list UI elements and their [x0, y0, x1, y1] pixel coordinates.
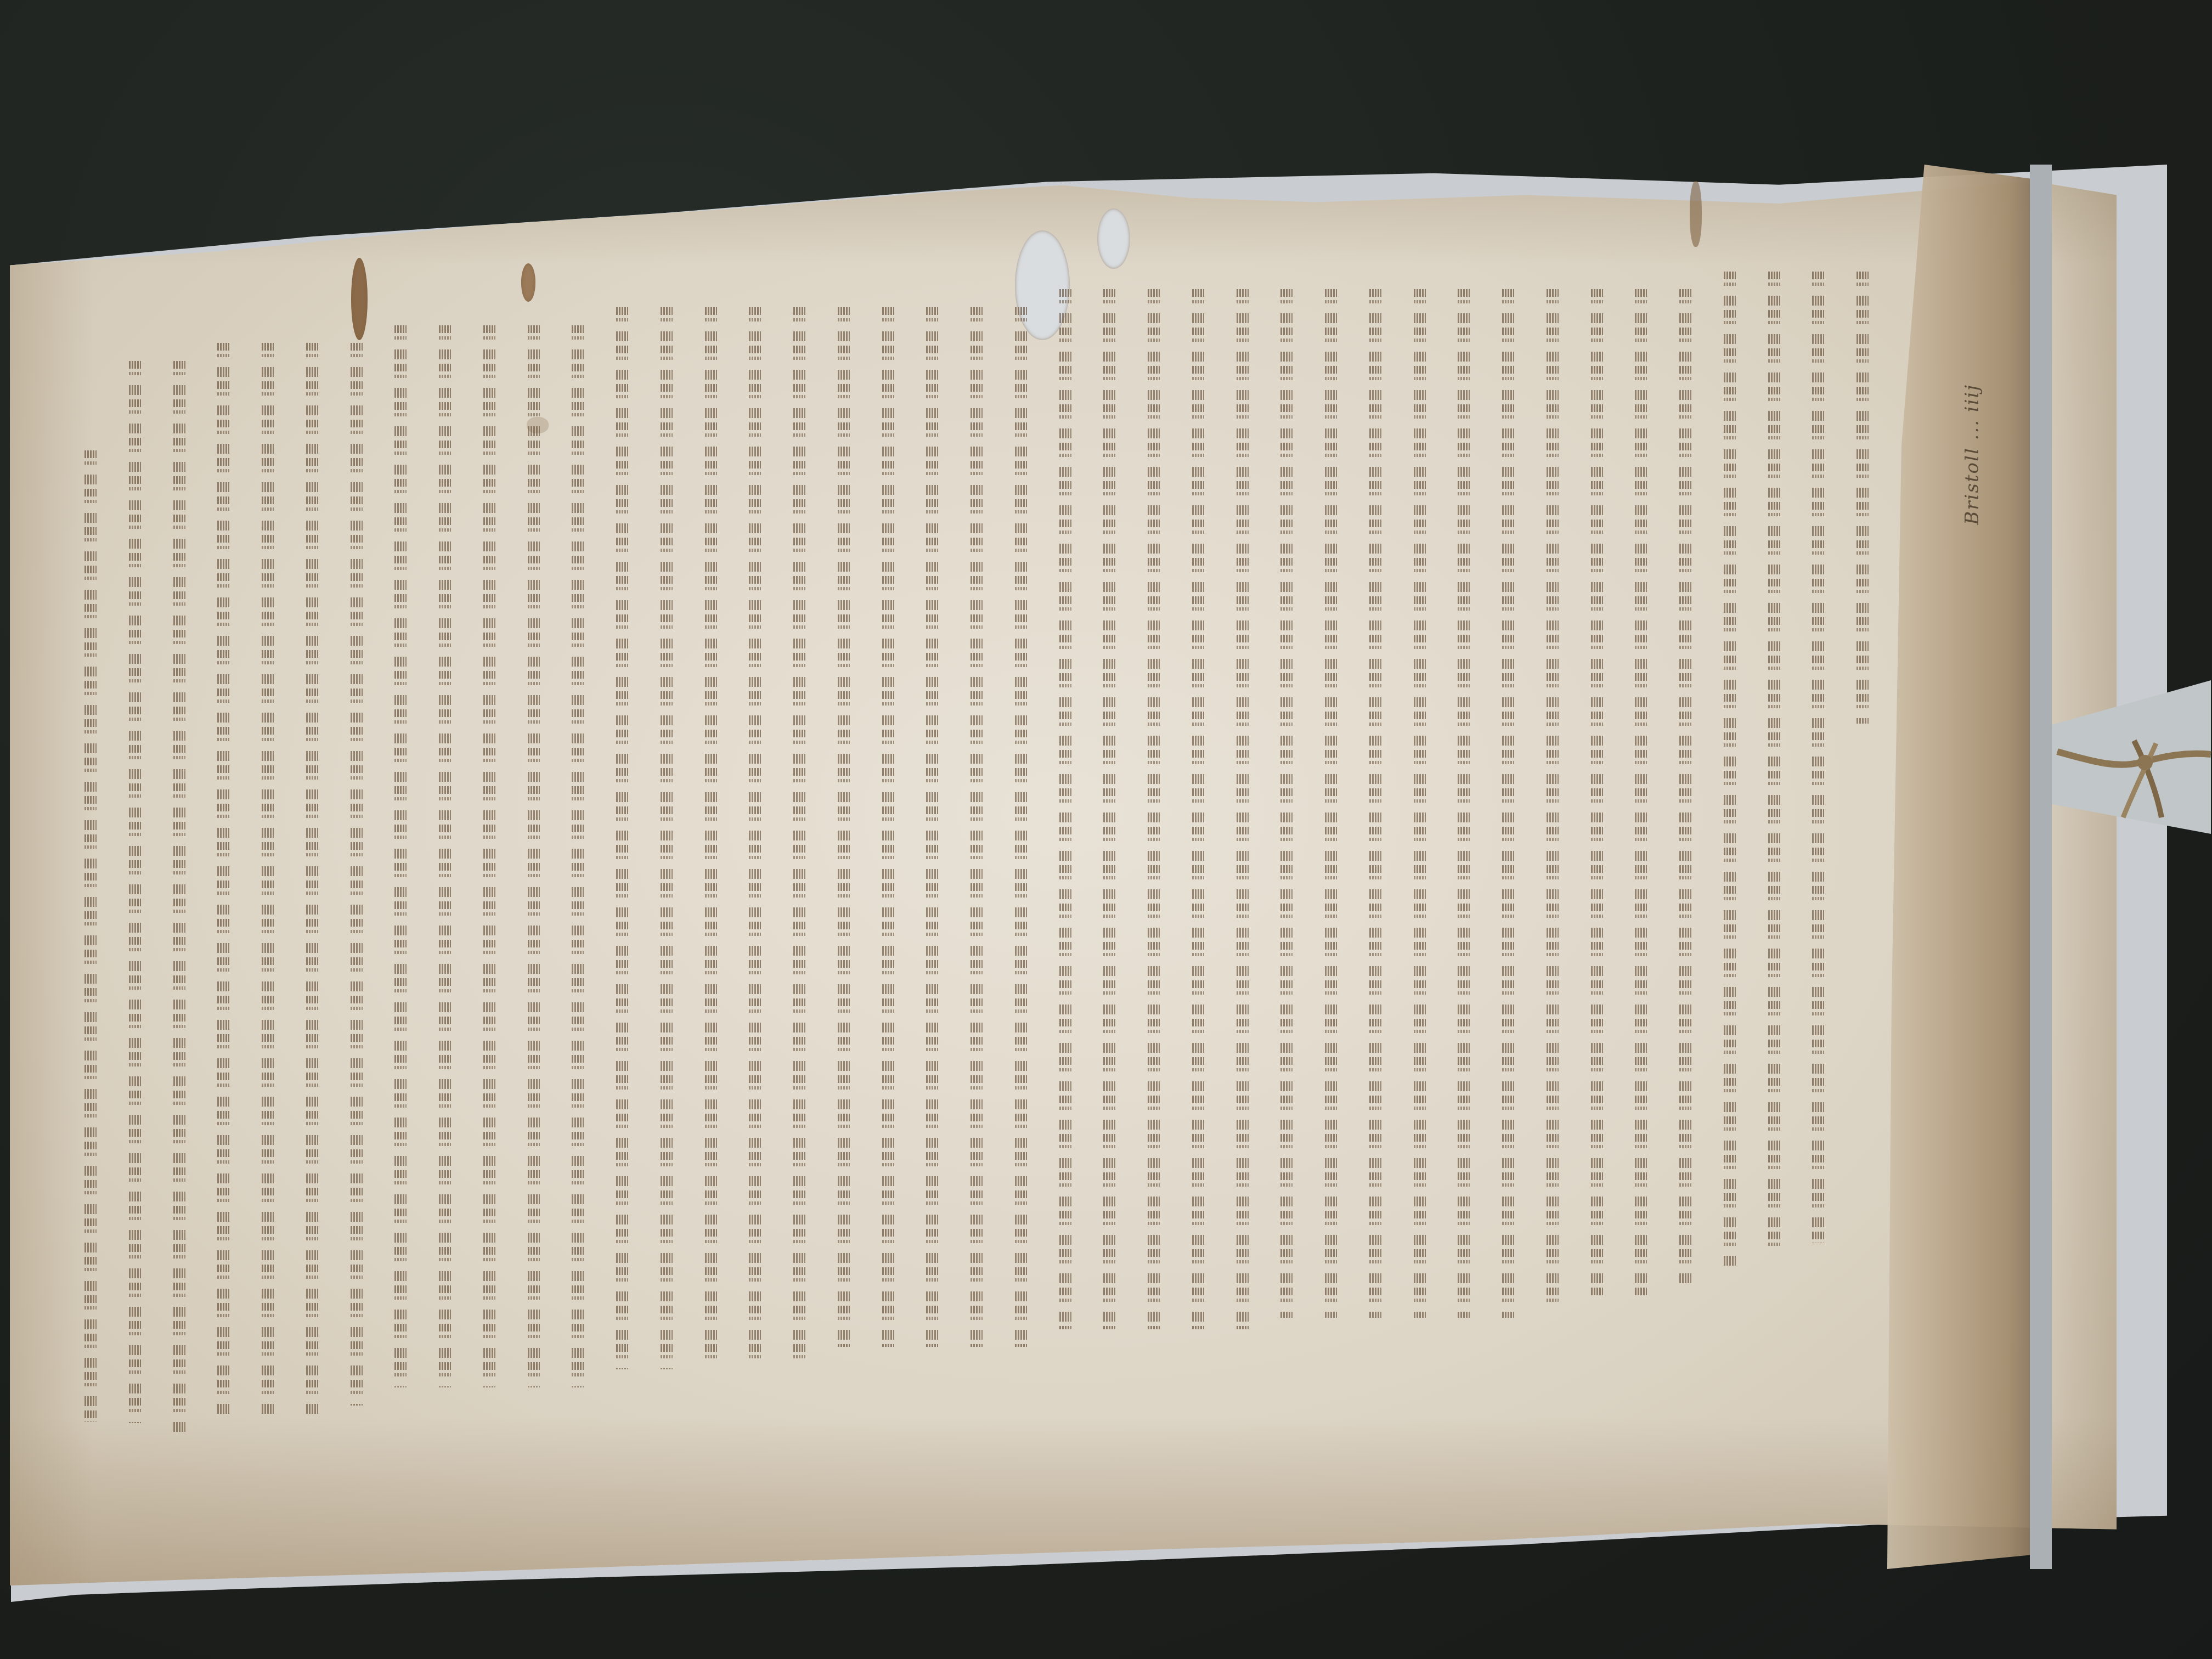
- text-line: [1190, 289, 1206, 1329]
- text-line: [1145, 289, 1162, 1329]
- text-line: [1810, 272, 1826, 1244]
- text-line: [481, 325, 498, 1387]
- text-line: [1412, 289, 1428, 1318]
- text-line: [304, 343, 320, 1417]
- text-line: [1455, 289, 1472, 1318]
- mount-edge: [2030, 165, 2052, 1569]
- text-line: [82, 450, 99, 1423]
- text-line: [658, 307, 675, 1369]
- text-line: [437, 325, 453, 1387]
- text-line: [1766, 272, 1782, 1255]
- text-line: [880, 307, 896, 1347]
- text-line: [1278, 289, 1295, 1318]
- text-line: [1057, 289, 1074, 1329]
- text-line: [1013, 307, 1029, 1347]
- text-line: [569, 325, 586, 1387]
- text-line: [747, 307, 763, 1358]
- charter-text-lines: [82, 307, 1871, 1437]
- text-line: [924, 307, 940, 1347]
- text-line: [259, 343, 276, 1417]
- tear-hole: [521, 263, 535, 302]
- text-line: [215, 343, 232, 1417]
- text-line: [703, 307, 719, 1358]
- text-line: [1323, 289, 1339, 1318]
- text-line: [1589, 289, 1605, 1295]
- text-line: [1101, 289, 1118, 1329]
- text-line: [348, 343, 365, 1405]
- text-line: [836, 307, 852, 1347]
- text-line: [1367, 289, 1384, 1318]
- text-line: [1500, 289, 1516, 1318]
- tear-edge-stain: [1690, 181, 1702, 247]
- text-line: [968, 307, 985, 1347]
- text-line: [791, 307, 808, 1358]
- text-line: [614, 307, 630, 1369]
- text-line: [1234, 289, 1251, 1329]
- text-line: [127, 361, 143, 1423]
- tear-hole: [1097, 208, 1130, 269]
- text-line: [1633, 289, 1649, 1295]
- seal-tag-knot-icon: [2052, 730, 2212, 823]
- later-endorsement-annotation: Bristoll ... iiij: [1961, 384, 1983, 525]
- text-line: [1544, 289, 1561, 1306]
- text-line: [1677, 289, 1694, 1284]
- text-line: [1722, 272, 1738, 1266]
- text-line: [171, 361, 188, 1435]
- text-line: [1854, 272, 1871, 724]
- text-line: [392, 325, 409, 1387]
- text-line: [526, 325, 542, 1387]
- plica-fold: [1887, 165, 2030, 1569]
